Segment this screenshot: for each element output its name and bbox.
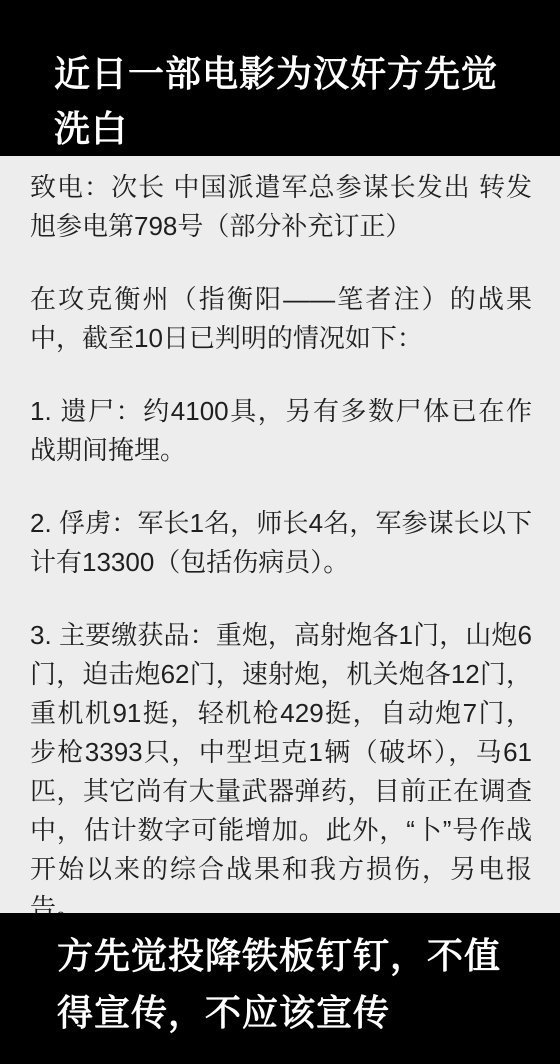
- top-banner: 近日一部电影为汉奸方先觉洗白: [0, 0, 560, 156]
- article-body: 致电：次长 中国派遣军总参谋长发出 转发旭参电第798号（部分补充订正） 在攻克…: [0, 156, 560, 913]
- article-paragraph-telegram-header: 致电：次长 中国派遣军总参谋长发出 转发旭参电第798号（部分补充订正）: [30, 168, 532, 246]
- bottom-banner: 方先觉投降铁板钉钉，不值得宣传，不应该宣传: [0, 913, 560, 1064]
- bottom-banner-caption: 方先觉投降铁板钉钉，不值得宣传，不应该宣传: [57, 927, 520, 1041]
- article-paragraph-intro: 在攻克衡州（指衡阳——笔者注）的战果中，截至10日已判明的情况如下：: [30, 280, 532, 358]
- article-paragraph-item-1: 1. 遗尸：约4100具，另有多数尸体已在作战期间掩埋。: [30, 392, 532, 470]
- article-paragraph-item-2: 2. 俘虏：军长1名，师长4名，军参谋长以下计有13300（包括伤病员）。: [30, 504, 532, 582]
- top-banner-title: 近日一部电影为汉奸方先觉洗白: [54, 46, 510, 156]
- screenshot-page: 近日一部电影为汉奸方先觉洗白 致电：次长 中国派遣军总参谋长发出 转发旭参电第7…: [0, 0, 560, 1064]
- article-paragraph-item-3: 3. 主要缴获品：重炮，高射炮各1门，山炮6门，迫击炮62门，速射炮，机关炮各1…: [30, 616, 532, 913]
